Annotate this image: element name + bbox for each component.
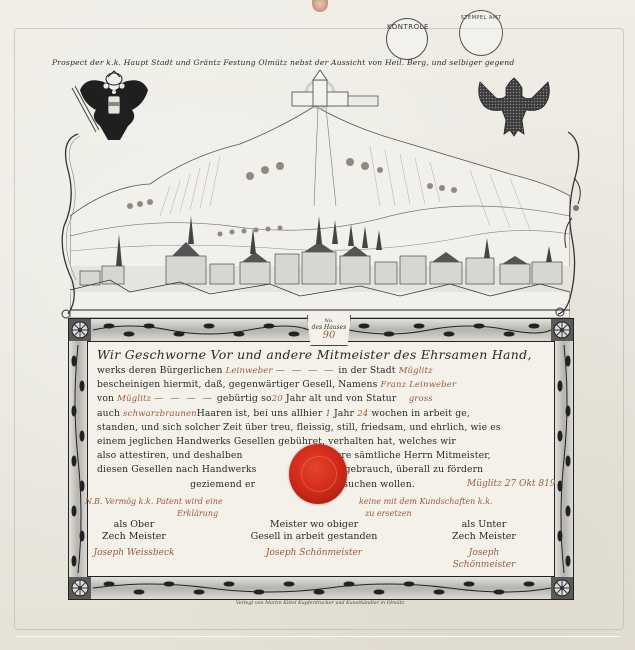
stempel-amt-stamp: STEMPEL AMT: [459, 10, 503, 56]
printed-text: diesen Gesellen nach Handwerks: [97, 464, 256, 475]
body-line-3: bescheinigen hiermit, daß, gegenwärtiger…: [97, 378, 547, 392]
handwritten-stature: gross: [409, 394, 433, 404]
fill-dashes: — — — —: [154, 393, 214, 404]
printed-text: Jahr: [334, 408, 354, 419]
kontrole-stamp: KONTROLE: [386, 18, 428, 60]
rosette-corner-icon: [69, 577, 91, 599]
printed-text: auch: [97, 408, 120, 419]
printed-text: von: [97, 393, 114, 404]
note-left-line-2: Erklärung: [177, 509, 218, 518]
handwritten-weeks: 24: [357, 409, 368, 419]
handwritten-age: 20: [272, 394, 283, 404]
printed-text: gebürtig so: [217, 393, 272, 404]
laurel-border-bottom: [69, 576, 573, 599]
house-number-value: 90: [308, 331, 350, 341]
laurel-border-right: [554, 341, 573, 577]
handwritten-town: Müglitz: [399, 366, 433, 376]
signature-title-2: Gesell in arbeit gestanden: [239, 531, 389, 543]
olomouc-panorama-engraving: [70, 66, 570, 318]
house-number-tab: No. des Hauses 90: [307, 315, 351, 346]
printed-text: unsere sämtliche Herrn Mitmeister,: [319, 450, 491, 461]
right-scroll-ornament: [552, 128, 586, 320]
fill-dashes: — — — —: [276, 365, 336, 376]
printed-text: wochen in arbeit ge,: [371, 408, 470, 419]
signature-handwritten: Joseph Weissbeck: [89, 547, 179, 559]
signature-handwritten: Joseph Schönmeister: [439, 547, 529, 571]
handwritten-trade: Leinweber: [226, 366, 273, 376]
rosette-corner-icon: [551, 319, 573, 341]
body-line-1: Wir Geschworne Vor und andere Mitmeister…: [97, 346, 547, 364]
body-line-4: von Müglitz — — — — gebürtig so20 Jahr a…: [97, 392, 547, 406]
printed-text: Haaren ist, bei uns allhier: [197, 408, 323, 419]
printer-credit: Verlegt von Martin Kittel Kupferdrucker …: [190, 601, 450, 606]
left-scroll-ornament: [58, 130, 86, 320]
signature-title-2: Zech Meister: [439, 531, 529, 543]
note-left-line-1: N.B. Vermög k.k. Patent wird eine: [85, 497, 223, 506]
signature-title-1: als Ober: [89, 519, 179, 531]
handwritten-name: Franz Leinweber: [381, 380, 457, 390]
note-right-line-2: zu ersetzen: [365, 509, 412, 518]
handwritten-place-date: Müglitz 27 Okt 819: [467, 479, 556, 489]
handwritten-hair-color: schwarzbraunen: [123, 409, 197, 419]
printed-text: also attestiren, und deshalben: [97, 450, 243, 461]
rosette-corner-icon: [69, 319, 91, 341]
certificate-frame: No. des Hauses 90 Wir Geschworne Vor und…: [68, 318, 574, 600]
signature-upper-guild-master: als Ober Zech Meister Joseph Weissbeck: [89, 519, 179, 559]
rosette-corner-icon: [551, 577, 573, 599]
note-right-line-1: keine mit dem Kundschaften k.k.: [359, 497, 493, 506]
signature-lower-guild-master: als Unter Zech Meister Joseph Schönmeist…: [439, 519, 529, 571]
printed-text: suchen wollen.: [343, 479, 415, 490]
stempel-amt-stamp-text: STEMPEL AMT: [460, 15, 502, 21]
signature-title-1: Meister wo obiger: [239, 519, 389, 531]
printed-text: geziemend er: [190, 479, 255, 490]
paper-fold: [15, 636, 620, 637]
body-line-6: standen, und sich solcher Zeit über treu…: [97, 421, 547, 435]
handwritten-origin: Müglitz: [117, 394, 151, 404]
printed-text: in der Stadt: [338, 365, 395, 376]
signature-title-2: Zech Meister: [89, 531, 179, 543]
laurel-border-left: [69, 341, 88, 577]
printed-text: bescheinigen hiermit, daß, gegenwärtiger…: [97, 379, 377, 390]
kontrole-stamp-text: KONTROLE: [387, 23, 427, 31]
signature-handwritten: Joseph Schönmeister: [239, 547, 389, 559]
body-line-2: werks deren Bürgerlichen Leinweber — — —…: [97, 364, 547, 378]
signature-title-1: als Unter: [439, 519, 529, 531]
printed-text: Jahr alt und von Statur: [286, 393, 397, 404]
printed-text: gebrauch, überall zu fördern: [345, 464, 484, 475]
body-line-5: auch schwarzbraunenHaaren ist, bei uns a…: [97, 407, 547, 421]
signature-employing-master: Meister wo obiger Gesell in arbeit gesta…: [239, 519, 389, 559]
handwritten-years: 1: [325, 409, 331, 419]
printed-text: werks deren Bürgerlichen: [97, 365, 223, 376]
red-wax-seal: [289, 444, 347, 504]
